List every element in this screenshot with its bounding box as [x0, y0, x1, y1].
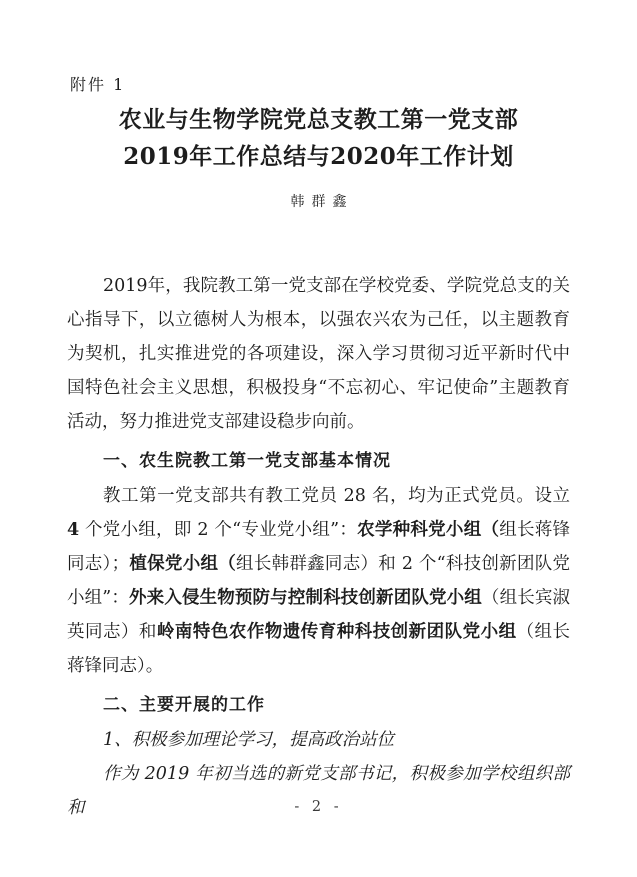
sub-item-heading-1: 1、积极参加理论学习，提高政治站位: [67, 723, 570, 757]
page-number: - 2 -: [0, 799, 637, 815]
author-name: 韩群鑫: [0, 191, 637, 211]
text-run: 个党小组，即 2 个“专业党小组”：: [79, 520, 357, 540]
text-run-bold: 4: [67, 520, 79, 540]
section-heading-2: 二、主要开展的工作: [67, 688, 570, 722]
document-title: 农业与生物学院党总支教工第一党支部 2019年工作总结与2020年工作计划: [0, 101, 637, 175]
document-page: 附件 1 农业与生物学院党总支教工第一党支部 2019年工作总结与2020年工作…: [0, 0, 637, 877]
paragraph-branch-overview: 教工第一党支部共有教工党员 28 名，均为正式党员。设立 4 个党小组，即 2 …: [67, 479, 570, 683]
attachment-label: 附件 1: [70, 72, 125, 95]
text-run-bold: 岭南特色农作物遗传育种科技创新团队党小组: [157, 622, 517, 642]
title-line-1: 农业与生物学院党总支教工第一党支部: [0, 101, 637, 138]
document-body: 2019年，我院教工第一党支部在学校党委、学院党总支的关心指导下，以立德树人为根…: [67, 269, 570, 825]
text-run: 教工第一党支部共有教工党员 28 名，均为正式党员。设立: [103, 486, 570, 506]
title-line-2: 2019年工作总结与2020年工作计划: [0, 138, 637, 175]
section-heading-1: 一、农生院教工第一党支部基本情况: [67, 444, 570, 478]
text-run-bold: 外来入侵生物预防与控制科技创新团队党小组: [129, 588, 482, 608]
text-run-bold: 农学种科党小组（: [357, 520, 499, 540]
text-run-bold: 植保党小组（: [129, 554, 236, 574]
paragraph-intro: 2019年，我院教工第一党支部在学校党委、学院党总支的关心指导下，以立德树人为根…: [67, 269, 570, 439]
